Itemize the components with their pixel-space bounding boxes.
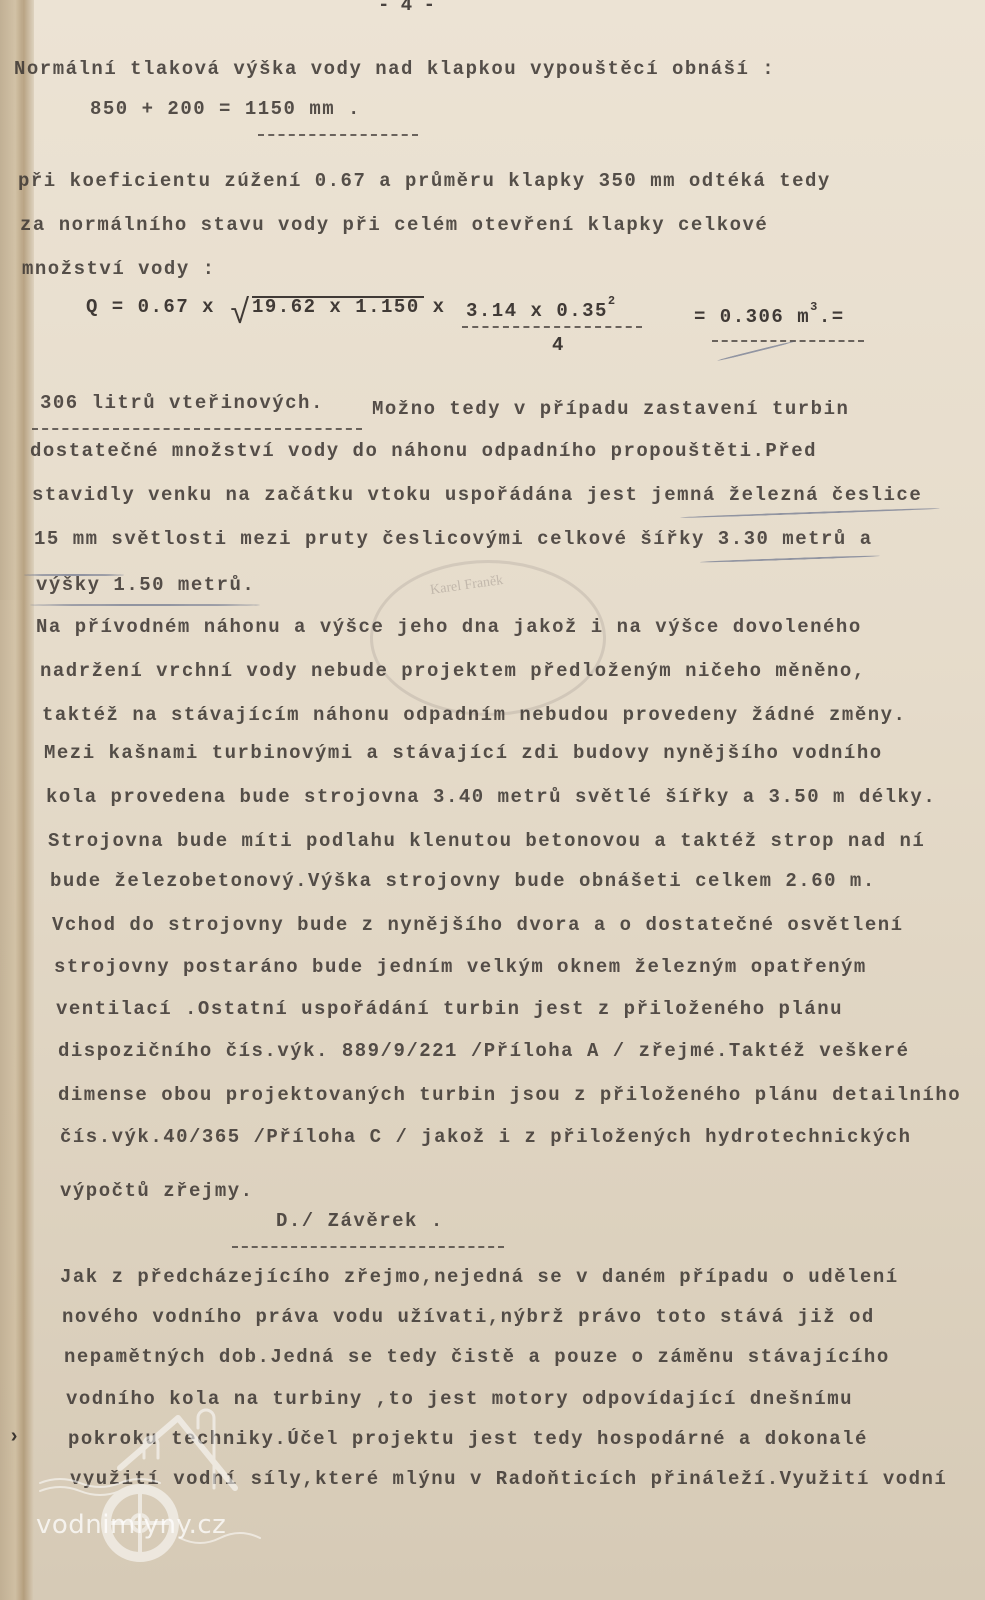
text-line: Normální tlaková výška vody nad klapkou …: [14, 58, 775, 80]
text-line: 306 litrů vteřinových.: [40, 392, 324, 414]
text-line: množství vody :: [22, 258, 216, 280]
text-line: nepamětných dob.Jedná se tedy čistě a po…: [64, 1346, 890, 1368]
pen-underline: [30, 604, 260, 606]
pen-mark: [717, 340, 795, 361]
heading-underline: [232, 1246, 504, 1248]
numerator-text: 3.14 x 0.35: [466, 300, 608, 322]
text-line: Strojovna bude míti podlahu klenutou bet…: [48, 830, 925, 852]
sqrt-sign: √: [230, 296, 250, 334]
numerator-exponent: 2: [608, 294, 617, 308]
section-heading: D./ Závěrek .: [276, 1210, 444, 1232]
text-line: ventilací .Ostatní uspořádání turbin jes…: [56, 998, 843, 1020]
formula-denominator: 4: [552, 334, 563, 356]
document-page: - 4 - Normální tlaková výška vody nad kl…: [0, 0, 985, 1600]
page-number: - 4 -: [378, 0, 435, 16]
pen-underline: [700, 555, 880, 563]
mill-logo-icon: [30, 1388, 270, 1568]
result-suffix: .=: [819, 306, 845, 328]
text-line: čís.výk.40/365 /Příloha C / jakož i z př…: [60, 1126, 912, 1148]
text-line: dimense obou projektovaných turbin jsou …: [58, 1084, 961, 1106]
text-line: 15 mm světlosti mezi pruty česlicovými c…: [34, 528, 873, 550]
text-line: Možno tedy v případu zastavení turbin: [372, 398, 849, 420]
underline: [258, 134, 418, 136]
formula-lhs: Q = 0.67 x: [86, 296, 215, 318]
text-line: Vchod do strojovny bude z nynějšího dvor…: [52, 914, 904, 936]
text-line: nadržení vrchní vody nebude projektem př…: [40, 660, 866, 682]
text-line: za normálního stavu vody při celém otevř…: [20, 214, 768, 236]
text-line: taktéž na stávajícím náhonu odpadním neb…: [42, 704, 906, 726]
text-line: kola provedena bude strojovna 3.40 metrů…: [46, 786, 936, 808]
text-line: bude železobetonový.Výška strojovny bude…: [50, 870, 876, 892]
formula-result: = 0.306 m3.=: [694, 306, 845, 328]
text-line: stavidly venku na začátku vtoku uspořádá…: [32, 484, 922, 506]
margin-mark: ›: [8, 1426, 20, 1449]
text-line: Na přívodném náhonu a výšce jeho dna jak…: [36, 616, 862, 638]
text-line: strojovny postaráno bude jedním velkým o…: [54, 956, 867, 978]
fraction-bar: [462, 326, 642, 328]
result-exponent: 3: [810, 300, 819, 314]
text-line: Jak z předcházejícího zřejmo,nejedná se …: [60, 1266, 899, 1288]
pen-underline: [680, 507, 940, 518]
underline: [32, 428, 362, 430]
text-line: nového vodního práva vodu užívati,nýbrž …: [62, 1306, 875, 1328]
text-line: dostatečné množství vody do náhonu odpad…: [30, 440, 817, 462]
text-line: výšky 1.50 metrů.: [36, 574, 255, 596]
formula-radicand: 19.62 x 1.150 x: [252, 296, 446, 318]
text-line: výpočtů zřejmy.: [60, 1180, 254, 1202]
formula-numerator: 3.14 x 0.352: [466, 300, 617, 322]
text-line: dispozičního čís.výk. 889/9/221 /Příloha…: [58, 1040, 910, 1062]
text-line: Mezi kašnami turbinovými a stávající zdi…: [44, 742, 883, 764]
result-text: = 0.306 m: [694, 306, 810, 328]
text-line: při koeficientu zúžení 0.67 a průměru kl…: [18, 170, 831, 192]
equation-line: 850 + 200 = 1150 mm .: [90, 98, 361, 120]
watermark-text: vodnimlyny.cz: [36, 1510, 226, 1540]
